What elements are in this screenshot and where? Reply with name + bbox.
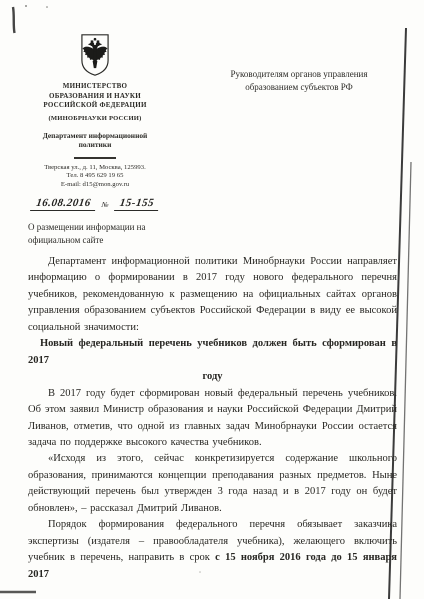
coat-of-arms-icon xyxy=(77,33,113,77)
subject-line: О размещении информации на xyxy=(28,221,145,234)
ministry-abbreviation: (МИНОБРНАУКИ РОССИИ) xyxy=(18,114,172,123)
addressee-line: Руководителям органов управления xyxy=(220,68,378,81)
body-heading-line-2: году xyxy=(28,369,397,385)
addressee-block: Руководителям органов управления образов… xyxy=(220,68,378,93)
department-name: Департамент информационной политики xyxy=(18,131,172,150)
scanned-letter-page: МИНИСТЕРСТВО ОБРАЗОВАНИЯ И НАУКИ РОССИЙС… xyxy=(0,0,424,599)
ministry-name-line: РОССИЙСКОЙ ФЕДЕРАЦИИ xyxy=(18,101,172,111)
body-paragraph-4: Порядок формирования федерального перечн… xyxy=(28,517,397,583)
email-line: E-mail: d15@mon.gov.ru xyxy=(18,181,172,190)
scan-speck xyxy=(25,5,27,7)
address-line: Тверская ул., д. 11, Москва, 125993. xyxy=(18,164,172,173)
body-paragraph-1: Департамент информационной политики Мино… xyxy=(28,254,397,336)
page-edge-line-2 xyxy=(400,162,411,599)
letter-body: Департамент информационной политики Мино… xyxy=(28,254,397,583)
body-paragraph-2: В 2017 году будет сформирован новый феде… xyxy=(28,386,397,452)
ministry-name-line: ОБРАЗОВАНИЯ И НАУКИ xyxy=(18,92,172,102)
handwritten-doc-number: 15-155 xyxy=(114,197,160,211)
registration-row: 16.08.2016 № 15-155 xyxy=(17,197,173,211)
subject-block: О размещении информации на официальном с… xyxy=(28,221,145,246)
ministry-name-line: МИНИСТЕРСТВО xyxy=(18,82,172,92)
addressee-line: образованием субъектов РФ xyxy=(220,81,378,94)
number-sign: № xyxy=(101,200,110,211)
body-paragraph-3: «Исходя из этого, сейчас конкретизируетс… xyxy=(28,451,397,517)
letterhead: МИНИСТЕРСТВО ОБРАЗОВАНИЯ И НАУКИ РОССИЙС… xyxy=(18,33,172,211)
letterhead-divider xyxy=(74,157,116,159)
department-name-line: политики xyxy=(18,140,172,150)
scan-speck xyxy=(46,6,48,8)
phone-line: Тел. 8 495 629 19 65 xyxy=(18,172,172,181)
subject-line: официальном сайте xyxy=(28,234,145,247)
scan-mark-top-left xyxy=(13,7,15,33)
department-name-line: Департамент информационной xyxy=(18,131,172,141)
body-heading-line-1: Новый федеральный перечень учебников дол… xyxy=(28,336,397,369)
handwritten-date: 16.08.2016 xyxy=(30,197,96,211)
